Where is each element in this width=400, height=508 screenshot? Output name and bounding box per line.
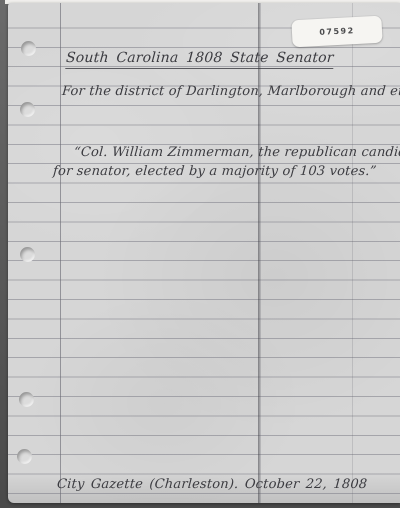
catalog-label: 07592 [291, 16, 382, 48]
punch-hole [19, 392, 34, 407]
scanned-document: 07592 South Carolina 1808 State Senator … [0, 0, 400, 508]
margin-line [60, 3, 61, 503]
punch-hole [20, 102, 35, 117]
punch-hole [21, 41, 36, 56]
notebook-page: 07592 South Carolina 1808 State Senator … [8, 3, 400, 503]
quote-line-1: “Col. William Zimmerman, the republican … [73, 145, 400, 161]
title-text: South Carolina 1808 State Senator [65, 50, 334, 69]
label-number: 07592 [319, 26, 355, 37]
title-line: South Carolina 1808 State Senator [65, 50, 334, 67]
secondary-crease [352, 3, 353, 503]
fold-crease [258, 3, 261, 503]
district-line: For the district of Darlington, Marlboro… [61, 84, 400, 100]
punch-hole [17, 449, 32, 464]
citation-line: City Gazette (Charleston). October 22, 1… [56, 477, 367, 493]
punch-hole [20, 247, 35, 262]
quote-line-2: for senator, elected by a majority of 10… [52, 164, 377, 180]
